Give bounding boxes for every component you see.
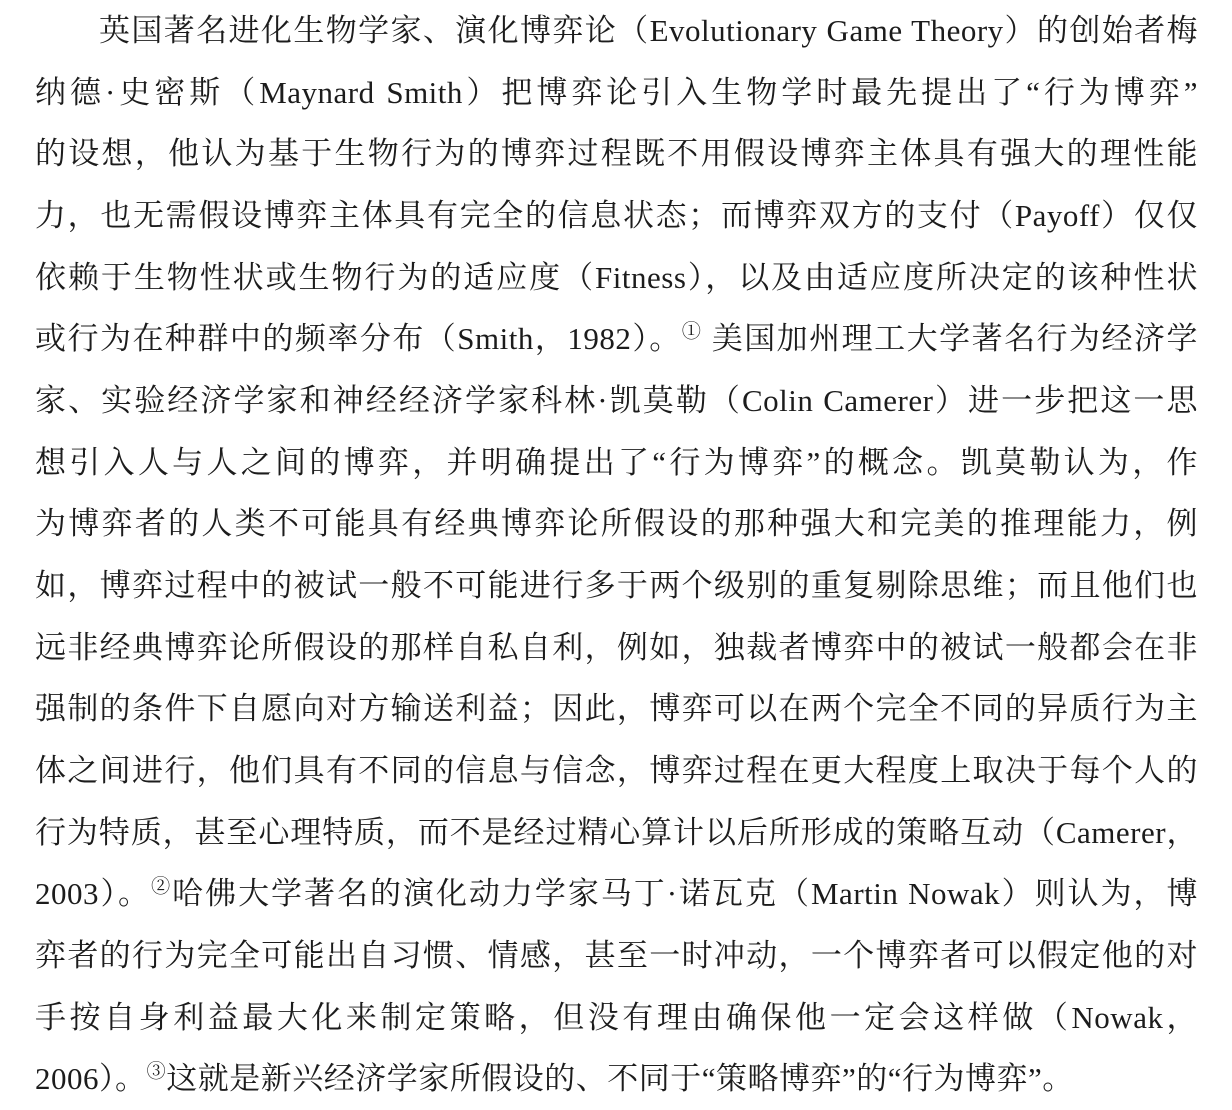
text-line-18: 2006）。③这就是新兴经济学家所假设的、不同于“策略博弈”的“行为博弈”。 [35, 1048, 1198, 1110]
text-line-17: 手按自身利益最大化来制定策略，但没有理由确保他一定会这样做（Nowak， [35, 987, 1198, 1049]
footnote-marker-1: ① [682, 322, 703, 343]
text-line-10: 如，博弈过程中的被试一般不可能进行多于两个级别的重复剔除思维；而且他们也 [35, 555, 1198, 617]
text-line-16: 弈者的行为完全可能出自习惯、情感，甚至一时冲动，一个博弈者可以假定他的对 [35, 925, 1198, 987]
book-page: 英国著名进化生物学家、演化博弈论（Evolutionary Game Theor… [0, 0, 1232, 1110]
paragraph-block: 英国著名进化生物学家、演化博弈论（Evolutionary Game Theor… [35, 0, 1198, 1110]
text-line-3: 的设想，他认为基于生物行为的博弈过程既不用假设博弈主体具有强大的理性能 [35, 123, 1198, 185]
text-line-1: 英国著名进化生物学家、演化博弈论（Evolutionary Game Theor… [35, 0, 1198, 62]
text-line-8: 想引入人与人之间的博弈，并明确提出了“行为博弈”的概念。凯莫勒认为，作 [35, 432, 1198, 494]
footnote-marker-2: ② [151, 877, 172, 898]
text-line-11: 远非经典博弈论所假设的那样自私自利，例如，独裁者博弈中的被试一般都会在非 [35, 617, 1198, 679]
text-line-13: 体之间进行，他们具有不同的信息与信念，博弈过程在更大程度上取决于每个人的 [35, 740, 1198, 802]
text-line-7: 家、实验经济学家和神经经济学家科林·凯莫勒（Colin Camerer）进一步把… [35, 370, 1198, 432]
text-segment: 2006）。 [35, 1061, 147, 1096]
text-segment: 这就是新兴经济学家所假设的、不同于“策略博弈”的“行为博弈”。 [166, 1061, 1074, 1096]
footnote-marker-3: ③ [147, 1062, 167, 1083]
text-segment: 美国加州理工大学著名行为经济学 [702, 321, 1198, 356]
text-line-4: 力，也无需假设博弈主体具有完全的信息状态；而博弈双方的支付（Payoff）仅仅 [35, 185, 1198, 247]
text-segment: 2003）。 [35, 876, 151, 911]
text-line-2: 纳德·史密斯（Maynard Smith）把博弈论引入生物学时最先提出了“行为博… [35, 62, 1198, 124]
text-line-14: 行为特质，甚至心理特质，而不是经过精心算计以后所形成的策略互动（Camerer， [35, 802, 1198, 864]
text-line-9: 为博弈者的人类不可能具有经典博弈论所假设的那种强大和完美的推理能力，例 [35, 493, 1198, 555]
text-line-12: 强制的条件下自愿向对方输送利益；因此，博弈可以在两个完全不同的异质行为主 [35, 678, 1198, 740]
text-segment: 哈佛大学著名的演化动力学家马丁·诺瓦克（Martin Nowak）则认为，博 [172, 876, 1198, 911]
text-segment: 或行为在种群中的频率分布（Smith，1982）。 [35, 321, 682, 356]
text-line-15: 2003）。②哈佛大学著名的演化动力学家马丁·诺瓦克（Martin Nowak）… [35, 863, 1198, 925]
text-line-5: 依赖于生物性状或生物行为的适应度（Fitness），以及由适应度所决定的该种性状 [35, 247, 1198, 309]
text-line-6: 或行为在种群中的频率分布（Smith，1982）。① 美国加州理工大学著名行为经… [35, 308, 1198, 370]
